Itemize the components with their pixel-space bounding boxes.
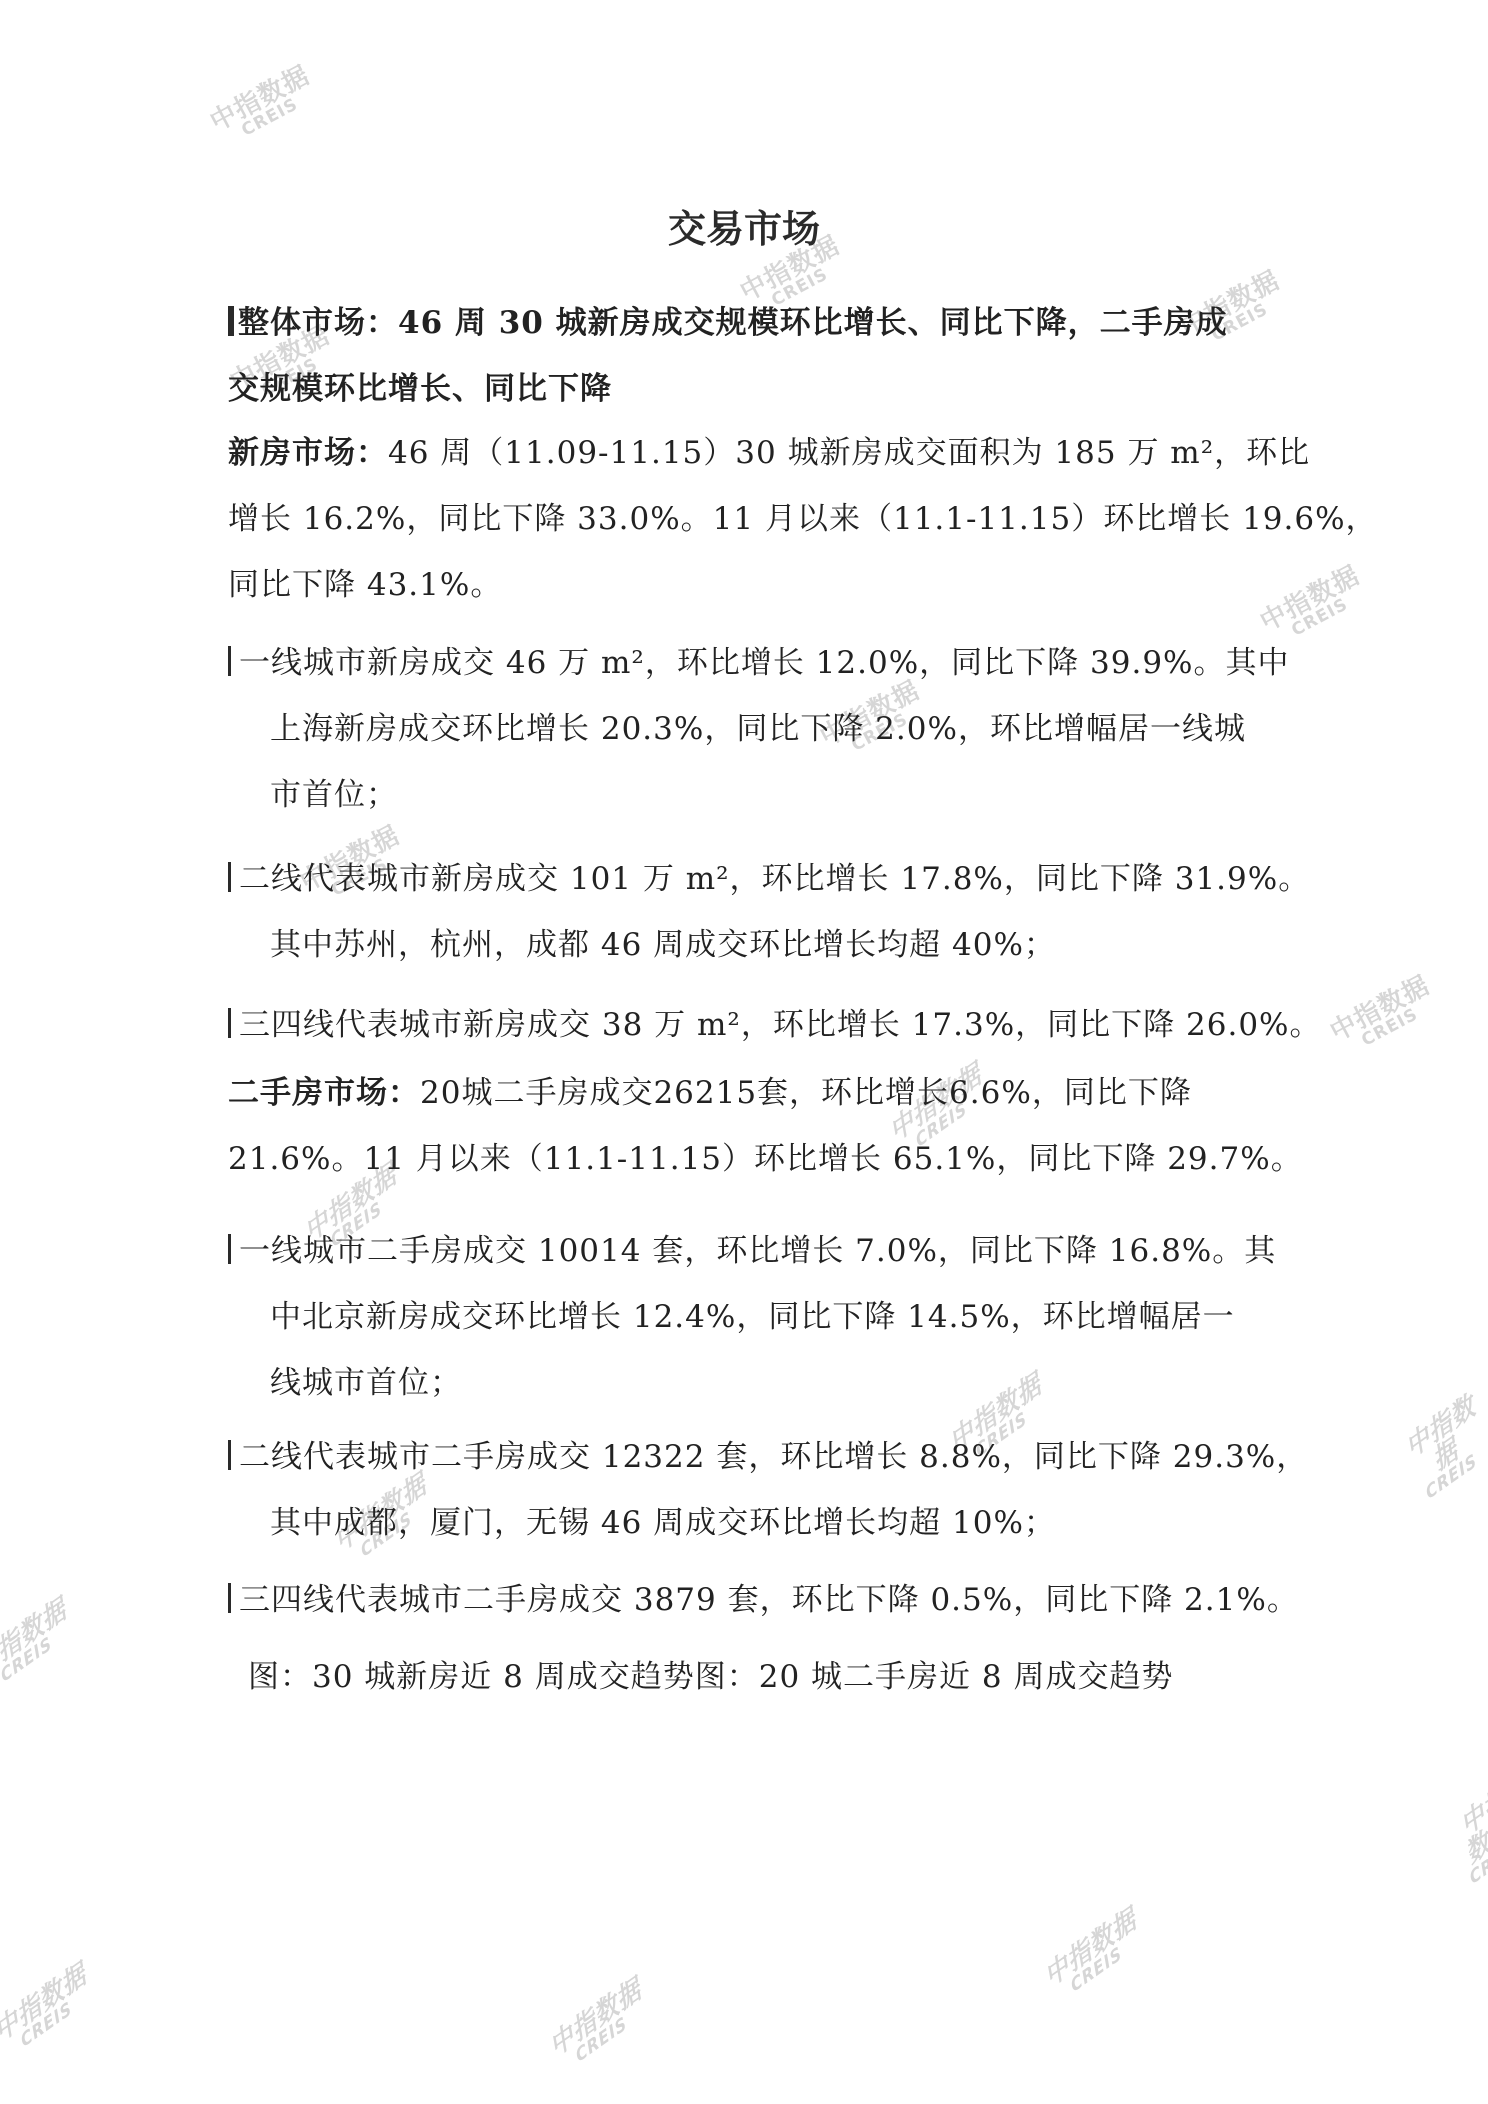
new-home-market-section: 新房市场：46 周（11.09-11.15）30 城新房成交面积为 185 万 …: [228, 420, 1273, 618]
page-title: 交易市场: [0, 198, 1488, 253]
second-hand-bullet-tier1: 一线城市二手房成交 10014 套，环比增长 7.0%，同比下降 16.8%。其…: [228, 1218, 1273, 1416]
paragraph-line: 新房市场：46 周（11.09-11.15）30 城新房成交面积为 185 万 …: [228, 420, 1273, 486]
watermark: 中指数据 CREIS: [1046, 1902, 1143, 2011]
paragraph-line: 二手房市场：20城二手房成交26215套，环比增长6.6%，同比下降: [228, 1060, 1273, 1126]
bullet-line: 中北京新房成交环比增长 12.4%，同比下降 14.5%，环比增幅居一: [228, 1284, 1273, 1350]
second-hand-bullet-tier3: 三四线代表城市二手房成交 3879 套，环比下降 0.5%，同比下降 2.1%。: [228, 1567, 1273, 1633]
watermark: 中指数据 CREIS: [1459, 1780, 1488, 1890]
watermark: 中指数据 CREIS: [0, 1592, 72, 1701]
bullet-line: 一线城市新房成交 46 万 m²，环比增长 12.0%，同比下降 39.9%。其…: [228, 630, 1273, 696]
bullet-line: 上海新房成交环比增长 20.3%，同比下降 2.0%，环比增幅居一线城: [228, 696, 1273, 762]
bullet-marker-icon: [228, 1008, 231, 1038]
bullet-line: 其中成都，厦门，无锡 46 周成交环比增长均超 10%；: [228, 1490, 1273, 1556]
watermark: 中指数据 CREIS: [551, 1972, 648, 2081]
watermark: 中指数据 CREIS: [1406, 1388, 1487, 1511]
paragraph-line: 增长 16.2%，同比下降 33.0%。11 月以来（11.1-11.15）环比…: [228, 486, 1273, 552]
new-home-bullet-tier1: 一线城市新房成交 46 万 m²，环比增长 12.0%，同比下降 39.9%。其…: [228, 630, 1273, 828]
bullet-marker-icon: [228, 1583, 231, 1613]
bullet-line: 线城市首位；: [228, 1350, 1273, 1416]
bullet-marker-icon: [228, 1440, 231, 1470]
paragraph-line: 21.6%。11 月以来（11.1-11.15）环比增长 65.1%，同比下降 …: [228, 1126, 1273, 1192]
bullet-line: 市首位；: [228, 762, 1273, 828]
bullet-marker-icon: [228, 1234, 231, 1264]
second-hand-market-section: 二手房市场：20城二手房成交26215套，环比增长6.6%，同比下降 21.6%…: [228, 1060, 1273, 1192]
overall-heading-line: 整体市场：46 周 30 城新房成交规模环比增长、同比下降，二手房成: [228, 290, 1273, 356]
bullet-line: 三四线代表城市新房成交 38 万 m²，环比增长 17.3%，同比下降 26.0…: [228, 992, 1273, 1058]
new-home-label: 新房市场：: [228, 435, 388, 471]
bullet-line: 其中苏州，杭州，成都 46 周成交环比增长均超 40%；: [228, 912, 1273, 978]
figure-caption: 图：30 城新房近 8 周成交趋势图：20 城二手房近 8 周成交趋势: [248, 1644, 1293, 1710]
overall-heading-line: 交规模环比增长、同比下降: [228, 356, 1273, 422]
new-home-bullet-tier3: 三四线代表城市新房成交 38 万 m²，环比增长 17.3%，同比下降 26.0…: [228, 992, 1273, 1058]
new-home-bullet-tier2: 二线代表城市新房成交 101 万 m²，环比增长 17.8%，同比下降 31.9…: [228, 846, 1273, 978]
bullet-marker-icon: [228, 862, 231, 892]
watermark: 中指数据 CREIS: [1256, 562, 1372, 651]
watermark: 中指数据 CREIS: [0, 1957, 92, 2066]
bullet-line: 一线城市二手房成交 10014 套，环比增长 7.0%，同比下降 16.8%。其: [228, 1218, 1273, 1284]
bullet-line: 二线代表城市二手房成交 12322 套，环比增长 8.8%，同比下降 29.3%…: [228, 1424, 1273, 1490]
second-hand-label: 二手房市场：: [228, 1075, 420, 1111]
watermark: 中指数据 CREIS: [1326, 972, 1442, 1061]
section-marker-icon: [228, 306, 234, 336]
bullet-marker-icon: [228, 646, 231, 676]
watermark: 中指数据 CREIS: [206, 62, 322, 151]
paragraph-line: 同比下降 43.1%。: [228, 552, 1273, 618]
figure-caption-block: 图：30 城新房近 8 周成交趋势图：20 城二手房近 8 周成交趋势: [248, 1644, 1293, 1710]
bullet-line: 二线代表城市新房成交 101 万 m²，环比增长 17.8%，同比下降 31.9…: [228, 846, 1273, 912]
second-hand-bullet-tier2: 二线代表城市二手房成交 12322 套，环比增长 8.8%，同比下降 29.3%…: [228, 1424, 1273, 1556]
overall-market-section: 整体市场：46 周 30 城新房成交规模环比增长、同比下降，二手房成 交规模环比…: [228, 290, 1273, 422]
bullet-line: 三四线代表城市二手房成交 3879 套，环比下降 0.5%，同比下降 2.1%。: [228, 1567, 1273, 1633]
